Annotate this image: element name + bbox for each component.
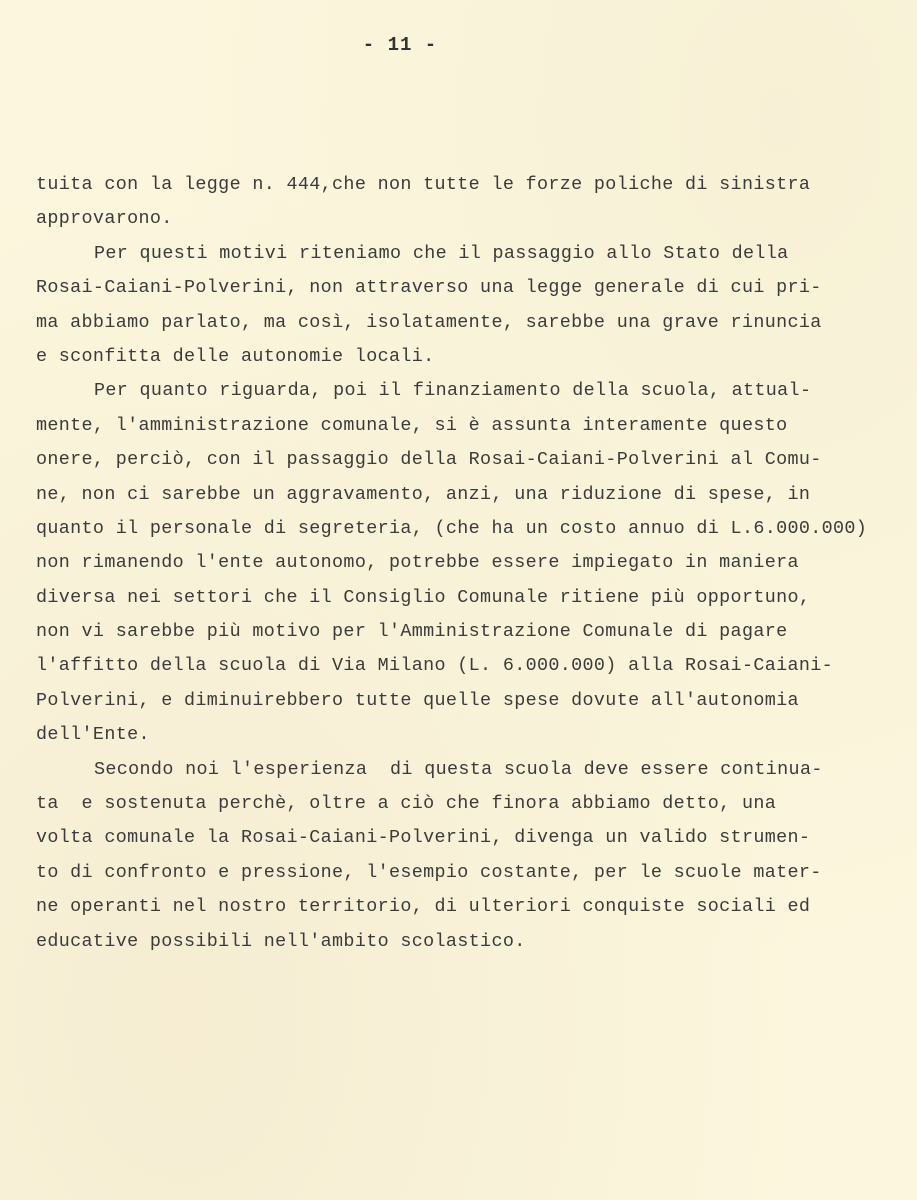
text-line: Per questi motivi riteniamo che il passa… <box>36 237 886 271</box>
text-line: dell'Ente. <box>36 718 886 752</box>
text-line: diversa nei settori che il Consiglio Com… <box>36 581 886 615</box>
text-line: volta comunale la Rosai-Caiani-Polverini… <box>36 821 886 855</box>
paragraph: Per quanto riguarda, poi il finanziament… <box>36 374 886 752</box>
paragraph: Per questi motivi riteniamo che il passa… <box>36 237 886 375</box>
page-number: - 11 - <box>0 34 800 56</box>
text-line: quanto il personale di segreteria, (che … <box>36 512 886 546</box>
paragraph: Secondo noi l'esperienza di questa scuol… <box>36 753 886 959</box>
text-line: ne operanti nel nostro territorio, di ul… <box>36 890 886 924</box>
text-line: Secondo noi l'esperienza di questa scuol… <box>36 753 886 787</box>
text-line: approvarono. <box>36 202 886 236</box>
text-line: onere, perciò, con il passaggio della Ro… <box>36 443 886 477</box>
text-line: mente, l'amministrazione comunale, si è … <box>36 409 886 443</box>
text-line: non rimanendo l'ente autonomo, potrebbe … <box>36 546 886 580</box>
text-line: ta e sostenuta perchè, oltre a ciò che f… <box>36 787 886 821</box>
text-line: ne, non ci sarebbe un aggravamento, anzi… <box>36 478 886 512</box>
text-line: non vi sarebbe più motivo per l'Amminist… <box>36 615 886 649</box>
document-body: tuita con la legge n. 444,che non tutte … <box>36 168 886 959</box>
text-line: tuita con la legge n. 444,che non tutte … <box>36 168 886 202</box>
text-line: ma abbiamo parlato, ma così, isolatament… <box>36 306 886 340</box>
text-line: Per quanto riguarda, poi il finanziament… <box>36 374 886 408</box>
text-line: l'affitto della scuola di Via Milano (L.… <box>36 649 886 683</box>
text-line: educative possibili nell'ambito scolasti… <box>36 925 886 959</box>
text-line: Rosai-Caiani-Polverini, non attraverso u… <box>36 271 886 305</box>
paragraph: tuita con la legge n. 444,che non tutte … <box>36 168 886 237</box>
text-line: Polverini, e diminuirebbero tutte quelle… <box>36 684 886 718</box>
text-line: to di confronto e pressione, l'esempio c… <box>36 856 886 890</box>
text-line: e sconfitta delle autonomie locali. <box>36 340 886 374</box>
